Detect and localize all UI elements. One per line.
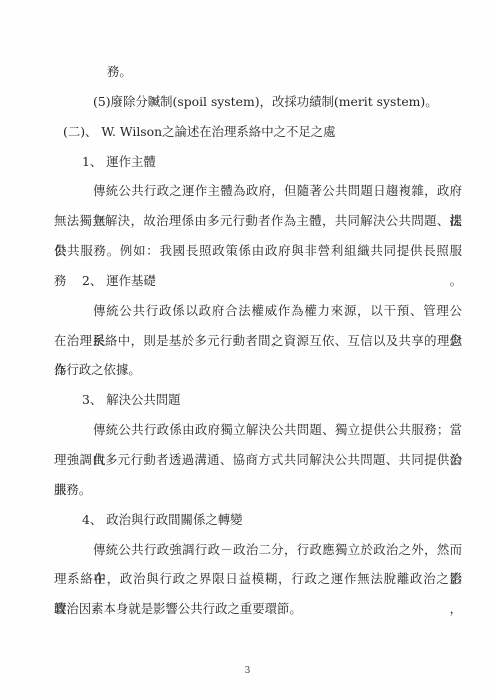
paragraph-4-line-2: 理系絡中，政治與行政之界限日益模糊，行政之運作無法脫離政治之影響， [0, 564, 462, 594]
paragraph-3-line-3: 服務。 [0, 475, 495, 505]
paragraph-3-line-2: 理強調由多元行動者透過溝通、協商方式共同解決公共問題、共同提供公共 [0, 445, 462, 475]
document-page: 務。 (5)廢除分贓制(spoil system)，改採功績制(merit sy… [0, 0, 495, 700]
subheading-3: 3、 解決公共問題 [0, 385, 495, 415]
list-item-5: (5)廢除分贓制(spoil system)，改採功績制(merit syste… [0, 87, 495, 117]
document-text-block: 務。 (5)廢除分贓制(spoil system)，改採功績制(merit sy… [0, 57, 495, 624]
subheading-1: 1、 運作主體 [0, 147, 495, 177]
page-number: 3 [0, 665, 495, 677]
carryover-line: 務。 [0, 57, 495, 87]
paragraph-1-line-2: 無法獨立解決，故治理係由多元行動者作為主體，共同解決公共問題、提供 [0, 206, 462, 236]
paragraph-2-line-2: 在治理系絡中，則是基於多元行動者間之資源互依、互信以及共享的理念作 [0, 326, 462, 356]
paragraph-1-line-3: 公共服務。例如：我國長照政策係由政府與非營利組織共同提供長照服務。 [0, 236, 462, 266]
paragraph-1-line-1: 傳統公共行政之運作主體為政府，但隨著公共問題日趨複雜，政府無法 [0, 176, 462, 206]
section-heading: (二)、 W. Wilson之論述在治理系絡中之不足之處 [0, 117, 495, 147]
paragraph-3-line-1: 傳統公共行政係由政府獨立解決公共問題、獨立提供公共服務；當代治 [0, 415, 462, 445]
paragraph-4-line-1: 傳統公共行政強調行政－政治二分，行政應獨立於政治之外，然而在治 [0, 535, 462, 565]
paragraph-2-line-1: 傳統公共行政係以政府合法權威作為權力來源，以干預、管理公民；但 [0, 296, 462, 326]
subheading-4: 4、 政治與行政間關係之轉變 [0, 505, 495, 535]
paragraph-2-line-3: 為行政之依據。 [0, 355, 495, 385]
